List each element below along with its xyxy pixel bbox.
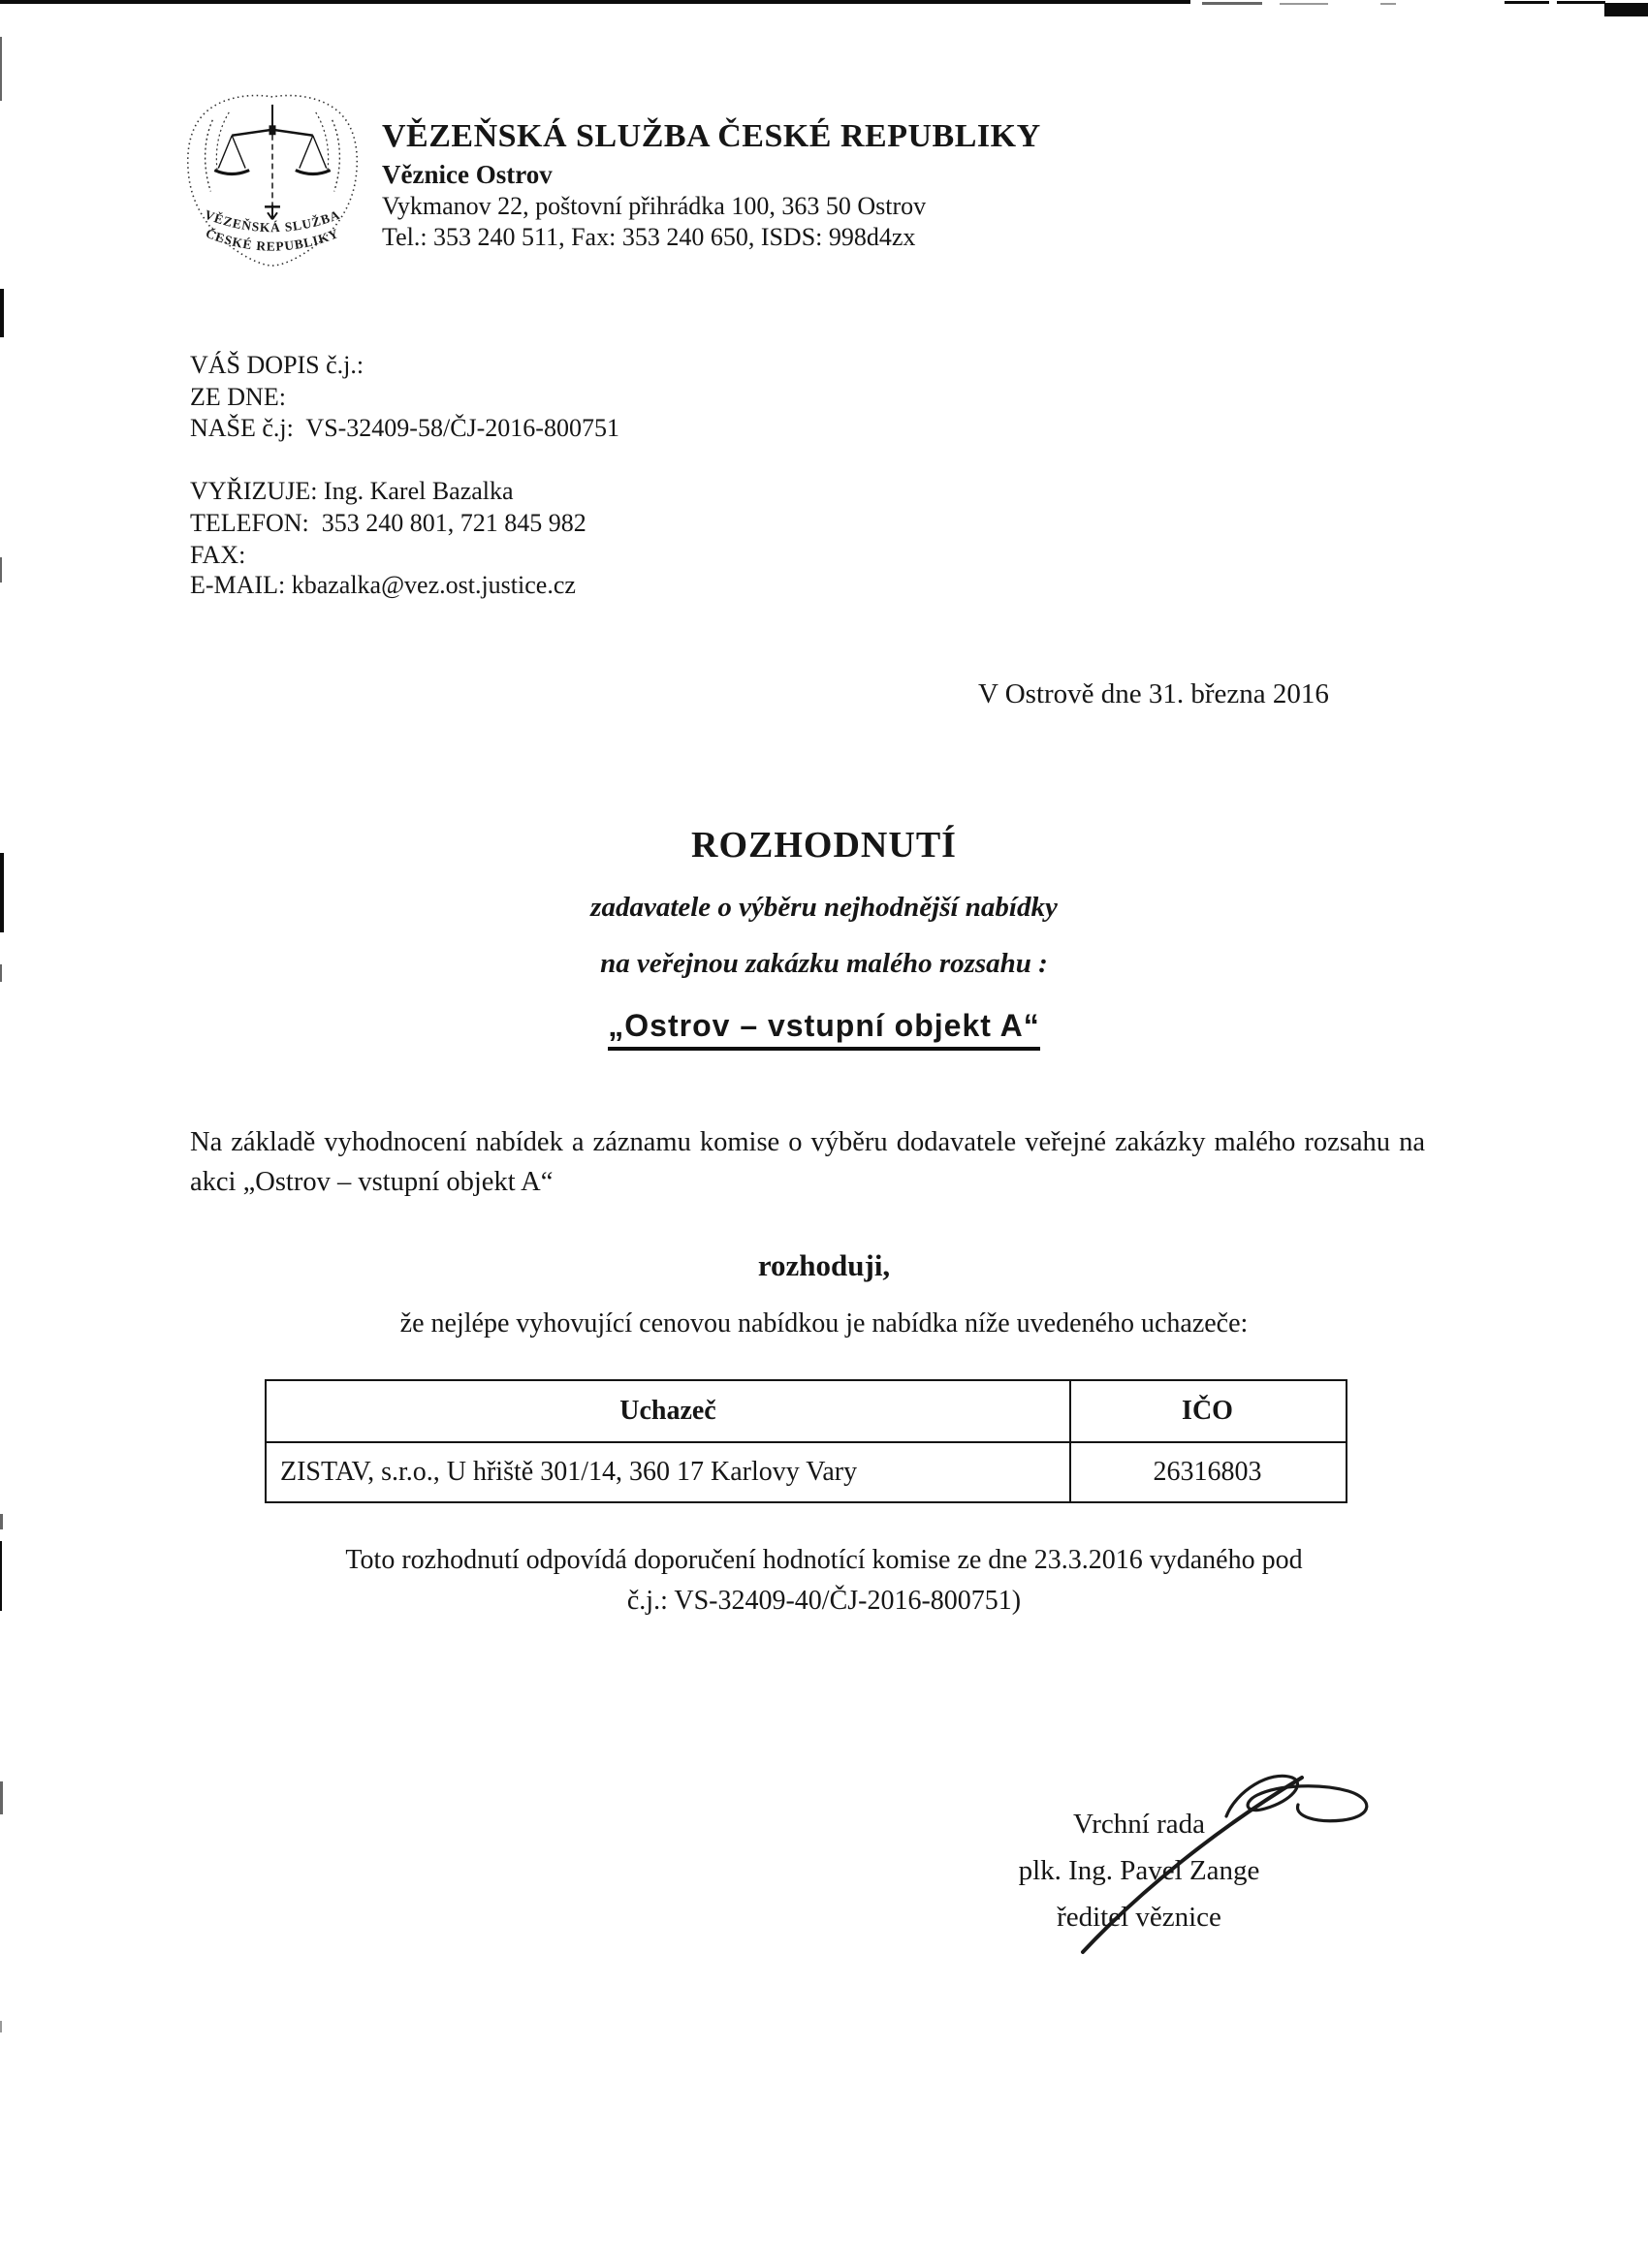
- scanned-letter-page: VĚZEŇSKÁ SLUŽBA ČESKÉ REPUBLIKY VĚZEŇSKÁ…: [0, 0, 1648, 2268]
- scan-artifact-dash: [1202, 2, 1262, 5]
- table-cell-ico: 26316803: [1069, 1443, 1344, 1501]
- scan-artifact-corner-blob: [1604, 3, 1648, 16]
- address-line: Vykmanov 22, poštovní přihrádka 100, 363…: [382, 192, 926, 221]
- email: E-MAIL: kbazalka@vez.ost.justice.cz: [190, 571, 576, 600]
- scan-artifact-dash: [1280, 3, 1328, 5]
- scan-artifact-edge: [0, 1514, 3, 1529]
- verdict-word: rozhoduji,: [0, 1248, 1648, 1283]
- scan-artifact-dash: [1557, 1, 1605, 4]
- scales-of-justice-icon: [214, 105, 330, 219]
- table-row: ZISTAV, s.r.o., U hřiště 301/14, 360 17 …: [267, 1443, 1346, 1501]
- scan-artifact-edge: [0, 1781, 3, 1814]
- branch-name: Věznice Ostrov: [382, 160, 553, 190]
- scan-artifact-dash: [1505, 1, 1549, 4]
- decision-subtitle-1: zadavatele o výběru nejhodnější nabídky: [0, 892, 1648, 924]
- table-header-ico: IČO: [1069, 1381, 1344, 1441]
- scan-artifact-edge: [0, 289, 4, 337]
- decision-subtitle-2: na veřejnou zakázku malého rozsahu :: [0, 948, 1648, 980]
- prison-service-emblem: VĚZEŇSKÁ SLUŽBA ČESKÉ REPUBLIKY: [174, 91, 370, 269]
- scan-artifact-dash: [1380, 3, 1396, 5]
- from-date-label: ZE DNE:: [190, 383, 286, 412]
- intro-paragraph: Na základě vyhodnocení nabídek a záznamu…: [190, 1122, 1425, 1202]
- table-header-bidder: Uchazeč: [267, 1381, 1069, 1441]
- table-cell-bidder: ZISTAV, s.r.o., U hřiště 301/14, 360 17 …: [267, 1443, 1069, 1501]
- contact-line: Tel.: 353 240 511, Fax: 353 240 650, ISD…: [382, 223, 915, 252]
- contract-name: „Ostrov – vstupní objekt A“: [608, 1008, 1039, 1051]
- scan-artifact-edge: [0, 37, 2, 101]
- your-ref-label: VÁŠ DOPIS č.j.:: [190, 351, 364, 380]
- dateline: V Ostrově dne 31. března 2016: [931, 678, 1377, 710]
- closing-line-1: Toto rozhodnutí odpovídá doporučení hodn…: [0, 1545, 1648, 1576]
- decision-title: ROZHODNUTÍ: [0, 824, 1648, 866]
- handwritten-signature: [1062, 1766, 1381, 1960]
- scan-artifact-edge: [0, 2021, 2, 2032]
- our-ref: NAŠE č.j: VS-32409-58/ČJ-2016-800751: [190, 414, 619, 443]
- scan-artifact-edge: [0, 557, 2, 583]
- verdict-sentence: že nejlépe vyhovující cenovou nabídkou j…: [0, 1308, 1648, 1339]
- closing-line-2: č.j.: VS-32409-40/ČJ-2016-800751): [0, 1586, 1648, 1617]
- phone: TELEFON: 353 240 801, 721 845 982: [190, 509, 586, 538]
- fax-label: FAX:: [190, 541, 245, 570]
- scan-artifact-top-line: [0, 0, 1190, 4]
- bidder-table: Uchazeč IČO ZISTAV, s.r.o., U hřiště 301…: [265, 1379, 1347, 1503]
- handled-by: VYŘIZUJE: Ing. Karel Bazalka: [190, 477, 514, 506]
- table-header-row: Uchazeč IČO: [267, 1381, 1346, 1443]
- organization-name: VĚZEŇSKÁ SLUŽBA ČESKÉ REPUBLIKY: [382, 118, 1041, 155]
- contract-name-heading: „Ostrov – vstupní objekt A“: [0, 1008, 1648, 1051]
